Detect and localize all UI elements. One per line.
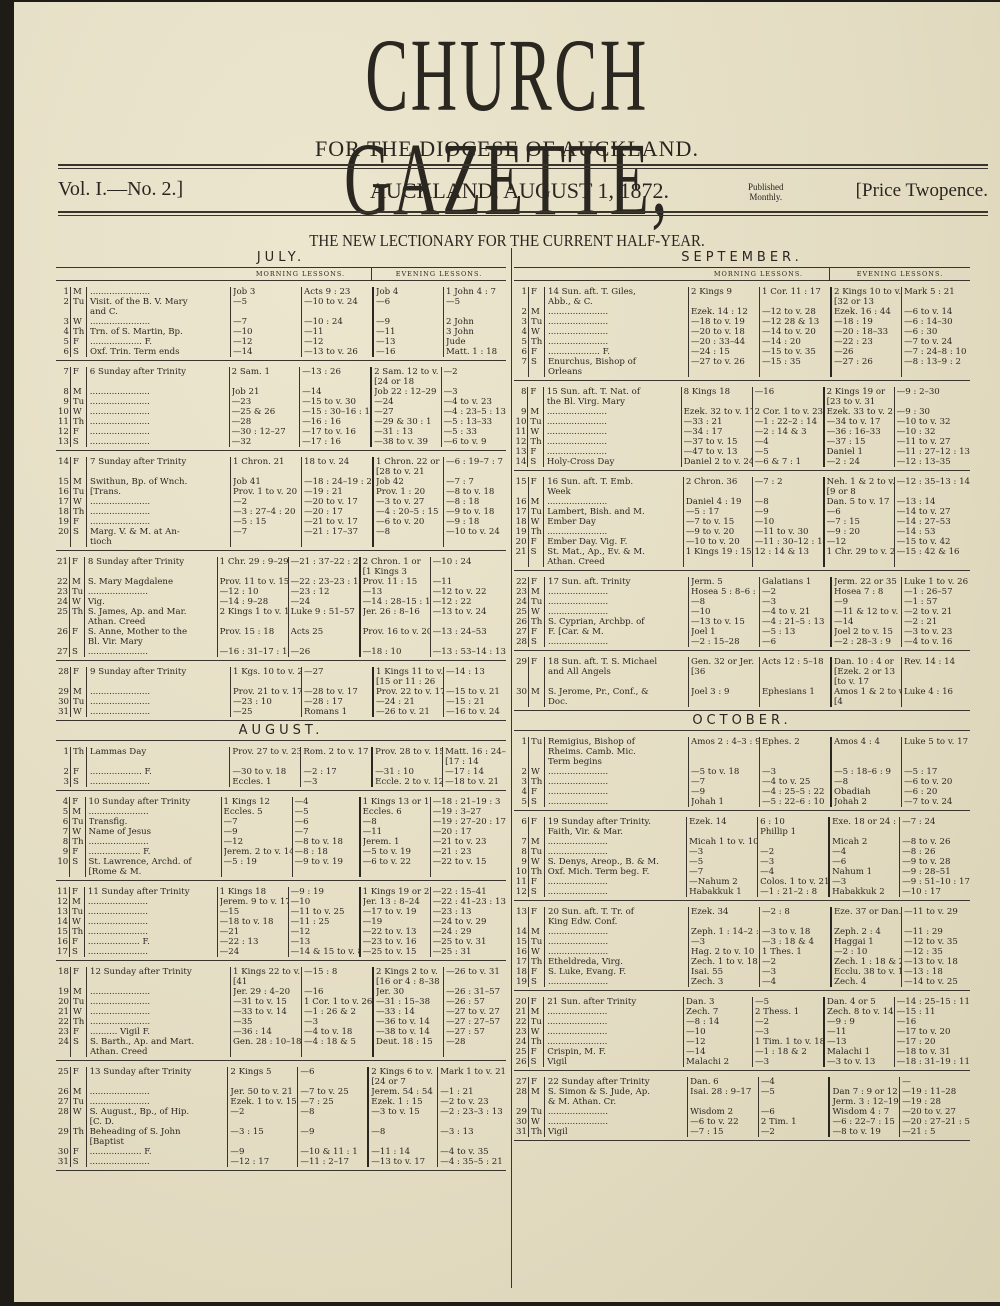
table-row-cell: Transfig. bbox=[89, 817, 219, 827]
masthead-subtitle: FOR THE DIOCESE OF AUCKLAND. bbox=[14, 136, 1000, 162]
table-row-cell: —9 bbox=[300, 1127, 367, 1137]
table-row-cell: F bbox=[531, 347, 544, 357]
table-row-cell: 19 bbox=[514, 977, 527, 987]
table-row-cell: —23 : 12 bbox=[291, 587, 359, 597]
table-row-cell: —4 : 20–5 : 15 bbox=[376, 507, 443, 517]
table-row-cell: 31 bbox=[514, 1127, 527, 1137]
table-row-cell: W bbox=[531, 1117, 544, 1127]
table-row-cell: Luke 9 : 51–57 bbox=[291, 607, 359, 617]
week-block: 123456MTuWThFS......................Visi… bbox=[56, 281, 506, 361]
table-row-cell bbox=[904, 917, 970, 927]
table-row-cell: Jer. 30 bbox=[376, 987, 443, 997]
morning-lesson-2: —27—28 to v. 17—28 : 17Romans 1 bbox=[301, 667, 372, 717]
table-row-cell bbox=[686, 487, 752, 497]
table-row-cell: M bbox=[72, 807, 84, 817]
evening-lesson-2: —7 : 24—8 to v. 26—8 : 26—9 to v. 28—9 :… bbox=[899, 817, 970, 897]
table-row-cell: ...................... bbox=[90, 497, 228, 507]
table-row-cell: Th bbox=[531, 337, 544, 347]
table-row-cell: ...................... bbox=[88, 917, 215, 927]
table-row-cell: Tu bbox=[73, 997, 86, 1007]
table-row-cell: —11 bbox=[304, 327, 372, 337]
table-row-cell: 8 bbox=[514, 847, 527, 857]
table-row-cell: Malachi 1 bbox=[827, 1047, 894, 1057]
table-row-cell: Prov. 11 : 15 bbox=[363, 577, 430, 587]
table-row-cell: S bbox=[531, 977, 544, 987]
table-row-cell: —4 bbox=[832, 847, 899, 857]
table-row-cell bbox=[832, 1077, 899, 1087]
evening-lessons-header: EVENING LESSONS. bbox=[830, 268, 970, 280]
table-row-cell: 10 bbox=[56, 407, 69, 417]
table-row-cell: —13 to v. 15 bbox=[691, 617, 759, 627]
observance: 17 Sun. aft. Trinity....................… bbox=[544, 577, 688, 647]
table-row-cell: Zeph. 2 : 4 bbox=[834, 927, 901, 937]
table-row-cell: —26 to v. 31 bbox=[446, 967, 506, 977]
table-row-cell: W bbox=[531, 607, 544, 617]
table-row-cell bbox=[691, 297, 759, 307]
table-row-cell: —10 : 24 bbox=[433, 557, 506, 567]
table-row-cell: 2 Chron. 1 or bbox=[363, 557, 430, 567]
table-row-cell: —4 to v. 16 bbox=[904, 637, 970, 647]
weekday: FMTuWThFS bbox=[70, 457, 86, 547]
table-row-cell: —28 to v. 17 bbox=[304, 687, 372, 697]
table-row-cell bbox=[220, 637, 288, 647]
table-row-cell: ...................... bbox=[548, 837, 684, 847]
evening-lesson-2: Luke 1 to v. 26—1 : 26–57—1 : 57—2 to v.… bbox=[901, 577, 970, 647]
table-row-cell: 1 Kings 22 to v. bbox=[233, 967, 301, 977]
table-row-cell: 9 Sunday after Trinity bbox=[90, 667, 228, 677]
table-row-cell: —11 bbox=[827, 1027, 894, 1037]
table-row-cell: Th bbox=[73, 417, 86, 427]
table-row-cell: Hag. 2 to v. 10 bbox=[691, 947, 759, 957]
table-row-cell: ...................... bbox=[548, 337, 686, 347]
table-row-cell: M bbox=[531, 687, 544, 697]
table-row-cell bbox=[224, 867, 292, 877]
table-row-cell: —36 : 14 bbox=[233, 1027, 301, 1037]
table-row-cell: 9 bbox=[514, 407, 526, 417]
table-row-cell: 29 bbox=[514, 1107, 527, 1117]
table-row-cell: ...................... bbox=[548, 887, 684, 897]
publication-frequency: Published Monthly. bbox=[748, 182, 784, 202]
table-row-cell bbox=[762, 917, 830, 927]
table-row-cell: 2 Kings 19 or bbox=[827, 387, 894, 397]
table-row-cell: —2 to v. 23 bbox=[440, 1097, 506, 1107]
table-row-cell: —5 bbox=[755, 997, 823, 1007]
table-row-cell bbox=[304, 467, 372, 477]
table-row-cell: 30 bbox=[514, 687, 527, 697]
table-row-cell: —26 bbox=[291, 647, 359, 657]
table-row-cell: —12 : 13–35 bbox=[897, 457, 970, 467]
table-row-cell: Ezek. 14 bbox=[689, 817, 757, 827]
table-row-cell: 30 bbox=[514, 1117, 527, 1127]
table-row-cell: Vig. bbox=[88, 597, 215, 607]
table-row-cell bbox=[303, 757, 371, 767]
table-row-cell: ...................... bbox=[90, 517, 228, 527]
table-row-cell: —14 : 25–15 : 11 bbox=[897, 997, 970, 1007]
table-row-cell: —18 : 31–19 : 11 bbox=[897, 1057, 970, 1067]
table-row-cell bbox=[446, 1047, 506, 1057]
table-row-cell: S. Jerome, Pr., Conf., & bbox=[548, 687, 686, 697]
table-row-cell: Amos 1 & 2 to v. bbox=[834, 687, 901, 697]
table-row-cell: 1 Cor. 1 to v. 26 bbox=[304, 997, 372, 1007]
issue-place-date: AUCKLAND, AUGUST 1, 1872. bbox=[370, 178, 669, 204]
table-row-cell: S. James, Ap. and Mar. bbox=[88, 607, 215, 617]
table-row-cell: 8 Sunday after Trinity bbox=[88, 557, 215, 567]
table-row-cell: —16 bbox=[304, 987, 372, 997]
table-row-cell: —11 bbox=[433, 577, 506, 587]
table-row-cell: Crispin, M. F. bbox=[547, 1047, 681, 1057]
table-row-cell: 20 bbox=[56, 527, 69, 537]
table-row-cell: —5 : 19 bbox=[224, 857, 292, 867]
table-row-cell: 17 bbox=[56, 947, 68, 957]
weekday: MTuWThFS bbox=[70, 287, 86, 357]
table-row-cell: —18 : 24–19 : 21 bbox=[304, 477, 372, 487]
evening-lesson-1: 2 Kings 6 to v. [24 or 7Jerem. 54 : 54Ez… bbox=[367, 1067, 437, 1167]
table-row-cell: 1 John 4 : 7 bbox=[446, 287, 506, 297]
table-row-cell: Isai. 55 bbox=[691, 967, 759, 977]
table-row-cell: —7 bbox=[233, 527, 301, 537]
table-row-cell: —7 : 15 bbox=[827, 517, 894, 527]
table-row-cell: 1 Kings 19 or 21 bbox=[363, 887, 430, 897]
table-row-cell: W bbox=[72, 917, 84, 927]
table-row-cell: Tu bbox=[530, 417, 542, 427]
table-row-cell: Eccles. 6 bbox=[363, 807, 430, 817]
table-row-cell: —34 to v. 17 bbox=[827, 417, 894, 427]
table-row-cell bbox=[300, 1117, 367, 1127]
table-row-cell: Beheading of S. John bbox=[90, 1127, 226, 1137]
table-row-cell: Marg. V. & M. at An- bbox=[90, 527, 228, 537]
table-row-cell: Athan. Creed bbox=[90, 1047, 228, 1057]
table-row-cell: —21 : 5 bbox=[902, 1127, 970, 1137]
morning-lesson-1: 1 Kgs. 10 to v. 25Prov. 21 to v. 17—23 :… bbox=[230, 667, 301, 717]
day-number: 11121314151617 bbox=[56, 887, 69, 957]
table-row-cell: Dan 7 : 9 or 12 bbox=[832, 1087, 899, 1097]
evening-lesson-1: 2 Kings 2 to v. [16 or 4 : 8–38Jer. 30—3… bbox=[372, 967, 443, 1057]
table-row-cell: 2 Kings 1 to v. 16 bbox=[220, 607, 288, 617]
table-row-cell: —10 bbox=[691, 607, 759, 617]
table-row-cell: —37 to v. 15 bbox=[684, 437, 752, 447]
table-row-cell: —31 : 10 bbox=[375, 767, 442, 777]
table-row-cell: —5 bbox=[295, 807, 359, 817]
table-row-cell: —3 bbox=[762, 967, 830, 977]
table-row-cell: Ember Day. Vig. F. bbox=[547, 537, 681, 547]
morning-lesson-2: —52 Thess. 1—2—31 Tim. 1 to v. 18—1 : 18… bbox=[752, 997, 823, 1067]
table-row-cell: —2 : 10 bbox=[834, 947, 901, 957]
observance: 14 Sun. aft. T. Giles, Abb., & C........… bbox=[544, 287, 688, 377]
table-row-cell: —16 bbox=[755, 387, 823, 397]
table-row-cell bbox=[514, 487, 527, 497]
table-row-cell: —30 to v. 18 bbox=[232, 767, 300, 777]
table-row-cell: —25 to v. 31 bbox=[433, 937, 506, 947]
table-row-cell bbox=[904, 677, 970, 687]
weekday: FMTuWThFS bbox=[69, 797, 84, 877]
table-row-cell: 27 bbox=[56, 1097, 69, 1107]
table-row-cell: —15 : 21 bbox=[446, 697, 506, 707]
table-row-cell: —13 bbox=[376, 337, 443, 347]
table-row-cell: 15 bbox=[56, 927, 68, 937]
table-row-cell: —15 : 35 bbox=[762, 357, 830, 367]
table-row-cell: ...................... bbox=[548, 1117, 685, 1127]
morning-lesson-1: 2 Kings 5Jer. 50 to v. 21Ezek. 1 to v. 1… bbox=[227, 1067, 297, 1167]
table-row-cell: S bbox=[531, 357, 544, 367]
table-row-cell: 1 Kings 12 bbox=[224, 797, 292, 807]
table-row-cell: 5 bbox=[56, 337, 69, 347]
table-row-cell bbox=[371, 1137, 437, 1147]
table-row-cell: Job 3 bbox=[233, 287, 301, 297]
table-row-cell: —14 : 9–28 bbox=[220, 597, 288, 607]
evening-lesson-2: —6 : 19–7 : 7—7 : 7—8 to v. 18—8 : 18—9 … bbox=[443, 457, 506, 547]
morning-lesson-1: 8 Kings 18Ezek. 32 to v. 17—33 : 21—34 :… bbox=[681, 387, 752, 467]
table-row-cell: —13 : 24–53 bbox=[433, 627, 506, 637]
table-row-cell bbox=[295, 867, 359, 877]
table-row-cell bbox=[433, 617, 506, 627]
table-row-cell: —20 : 17 bbox=[433, 827, 506, 837]
table-row-cell: S bbox=[531, 1057, 544, 1067]
table-row-cell bbox=[904, 297, 970, 307]
table-row-cell: Jer. 13 : 8–24 bbox=[363, 897, 430, 907]
issue-price: [Price Twopence. bbox=[856, 180, 988, 202]
morning-lesson-2: 6 : 10Phillip 1—2—3—4Colos. 1 to v. 21—1… bbox=[757, 817, 828, 897]
table-row-cell: —10 : 32 bbox=[897, 427, 970, 437]
table-row-cell: —6 to v. 22 bbox=[363, 857, 430, 867]
table-row-cell: M bbox=[72, 897, 84, 907]
table-row-cell: 2 Kings 6 to v. bbox=[371, 1067, 437, 1077]
table-row-cell: —7 : 24–8 : 10 bbox=[904, 347, 970, 357]
table-row-cell: 1 Tim. 1 to v. 18 bbox=[755, 1037, 823, 1047]
observance: 10 Sunday after Trinity.................… bbox=[85, 797, 221, 877]
table-row-cell: Job 41 bbox=[233, 477, 301, 487]
table-row-cell: Th bbox=[72, 927, 84, 937]
table-row-cell: —17 : 20 bbox=[897, 1037, 970, 1047]
table-row-cell bbox=[73, 1047, 86, 1057]
table-row-cell: Swithun, Bp. of Wnch. bbox=[90, 477, 228, 487]
table-row-cell: —2 : 8 bbox=[762, 907, 830, 917]
table-row-cell: —11 : 25 bbox=[291, 917, 359, 927]
table-row-cell: —25 to v. 15 bbox=[363, 947, 430, 957]
table-row-cell bbox=[514, 827, 527, 837]
table-row-cell: [Trans. bbox=[90, 487, 228, 497]
table-row-cell: ...................... bbox=[547, 427, 679, 437]
table-row-cell: Habakkuk 1 bbox=[689, 887, 757, 897]
table-row-cell: —38 to v. 14 bbox=[376, 1027, 443, 1037]
table-row-cell: F bbox=[531, 577, 544, 587]
table-row-cell: and All Angels bbox=[548, 667, 686, 677]
table-row-cell: 2 bbox=[56, 767, 69, 777]
table-row-cell: 2 Kings 2 to v. bbox=[376, 967, 443, 977]
table-row-cell: Dan. 10 : 4 or bbox=[834, 657, 901, 667]
table-row-cell: —9 bbox=[376, 317, 443, 327]
table-row-cell: 17 bbox=[56, 497, 69, 507]
table-row-cell: —7 to v. 25 bbox=[300, 1087, 367, 1097]
table-row-cell: —10 & 11 : 1 bbox=[300, 1147, 367, 1157]
observance: 20 Sun. aft. T. Tr. of King Edw. Conf...… bbox=[544, 907, 688, 987]
table-row-cell bbox=[904, 757, 970, 767]
table-row-cell: Jerem. 1 bbox=[363, 837, 430, 847]
table-row-cell: 10 bbox=[514, 417, 526, 427]
table-row-cell: Daniel 1 bbox=[827, 447, 894, 457]
table-row-cell bbox=[232, 757, 300, 767]
table-row-cell bbox=[291, 637, 359, 647]
table-row-cell: S bbox=[531, 797, 544, 807]
table-row-cell: Ember Day bbox=[547, 517, 681, 527]
table-row-cell: —4 to v. 21 bbox=[762, 607, 830, 617]
table-row-cell: —3 to v. 18 bbox=[762, 927, 830, 937]
table-row-cell: [24 or 18 bbox=[374, 377, 440, 387]
week-block: 1234567FMTuWThFS14 Sun. aft. T. Giles, A… bbox=[514, 281, 970, 381]
table-row-cell: ...................... bbox=[547, 437, 679, 447]
table-row-cell: Acts 25 bbox=[291, 627, 359, 637]
table-row-cell: Haggai 1 bbox=[834, 937, 901, 947]
table-row-cell: 1 Kgs. 10 to v. 25 bbox=[233, 667, 301, 677]
table-row-cell: —9 to v. 28 bbox=[902, 857, 970, 867]
table-row-cell: ...................... bbox=[548, 1107, 685, 1117]
table-row-cell: —6 to v. 20 bbox=[904, 777, 970, 787]
table-row-cell: Eccles. 5 bbox=[224, 807, 292, 817]
table-row-cell: S bbox=[530, 457, 542, 467]
table-row-cell: 21 Sun. after Trinity bbox=[547, 997, 681, 1007]
table-row-cell: Th bbox=[531, 957, 544, 967]
table-row-cell: ...................... bbox=[90, 387, 227, 397]
table-row-cell: —3 to v. 15 bbox=[371, 1107, 437, 1117]
table-row-cell: 2 bbox=[514, 767, 527, 777]
table-row-cell: —2 bbox=[230, 1107, 297, 1117]
table-row-cell: —9 to v. 18 bbox=[446, 507, 506, 517]
table-row-cell: —3 to v. 23 bbox=[904, 627, 970, 637]
table-row-cell: Job 4 bbox=[376, 287, 443, 297]
table-row-cell: ...................... bbox=[90, 777, 228, 787]
table-row-cell: 6 bbox=[514, 347, 527, 357]
day-number: 2930 bbox=[514, 657, 528, 707]
table-row-cell: ...................... bbox=[548, 847, 684, 857]
table-row-cell bbox=[73, 307, 86, 317]
table-row-cell: —14 : 20 bbox=[762, 337, 830, 347]
table-row-cell: ...................... bbox=[548, 607, 686, 617]
table-row-cell: ...................... bbox=[548, 797, 686, 807]
evening-lesson-1: 2 Sam. 12 to v. [24 or 18Job 22 : 12–29—… bbox=[370, 367, 440, 447]
table-row-cell: F bbox=[73, 1147, 86, 1157]
table-row-cell: —13 : 18 bbox=[904, 967, 970, 977]
table-row-cell: ................... F. bbox=[548, 347, 686, 357]
table-row-cell: Micah 2 bbox=[832, 837, 899, 847]
table-row-cell: M bbox=[73, 387, 86, 397]
table-row-cell: Tu bbox=[531, 937, 544, 947]
table-row-cell: 6 bbox=[514, 817, 527, 827]
table-row-cell: —15 to v. 21 bbox=[446, 687, 506, 697]
table-row-cell: —5 bbox=[446, 297, 506, 307]
table-row-cell bbox=[291, 567, 359, 577]
table-row-cell: ...................... bbox=[90, 707, 228, 717]
table-row-cell: [16 or 4 : 8–38 bbox=[376, 977, 443, 987]
week-block: 18192021222324FMTuWThFS12 Sunday after T… bbox=[56, 961, 506, 1061]
table-row-cell: 1 Kings 13 or 17 bbox=[363, 797, 430, 807]
table-row-cell bbox=[691, 367, 759, 377]
morning-lesson-2: —7 : 2—8—9—10—11 to v. 30—11 : 30–12 : 1… bbox=[752, 477, 823, 567]
table-row-cell: —33 to v. 14 bbox=[233, 1007, 301, 1017]
table-row-cell: —13 to v. 26 bbox=[304, 347, 372, 357]
table-row-cell: Johah 1 bbox=[691, 797, 759, 807]
table-row-cell bbox=[90, 977, 228, 987]
table-row-cell: W bbox=[73, 407, 86, 417]
morning-lesson-1: Ezek. 14Micah 1 to v. 10—3—5—7—Nahum 2Ha… bbox=[686, 817, 757, 897]
morning-lesson-2: —162 Cor. 1 to v. 23—1 : 22–2 : 14—2 : 1… bbox=[752, 387, 823, 467]
table-row-cell: ...................... bbox=[547, 497, 681, 507]
table-row-cell: ...................... bbox=[90, 687, 228, 697]
table-row-cell: ...................... bbox=[548, 877, 684, 887]
evening-lesson-1: 2 Kings 19 or [23 to v. 31Ezek. 33 to v.… bbox=[823, 387, 894, 467]
weekday: FMTuWThFS bbox=[528, 907, 544, 987]
observance: 8 Sunday after TrinityS. Mary Magdalene.… bbox=[84, 557, 217, 657]
table-row-cell: ...................... bbox=[90, 1087, 226, 1097]
table-row-cell bbox=[531, 297, 544, 307]
month-title-july: JULY. bbox=[56, 248, 506, 268]
table-row-cell: ...................... bbox=[548, 927, 686, 937]
table-row-cell bbox=[56, 637, 68, 647]
table-row-cell: 7 bbox=[56, 827, 68, 837]
table-row-cell: Prov. 15 : 18 bbox=[220, 627, 288, 637]
table-row-cell: 1 Cor. 11 : 17 bbox=[762, 287, 830, 297]
table-row-cell: 23 bbox=[56, 1027, 69, 1037]
evening-lesson-2: Rev. 14 : 14Luke 4 : 16 bbox=[901, 657, 970, 707]
table-row-cell: 13 bbox=[56, 437, 69, 447]
table-row-cell: Tu bbox=[531, 507, 544, 517]
morning-lesson-1: 1 Kings 22 to v. [41Jer. 29 : 4–20—31 to… bbox=[230, 967, 301, 1057]
table-row-cell: 25 bbox=[56, 607, 68, 617]
table-row-cell: M bbox=[73, 687, 86, 697]
table-row-cell: —16 bbox=[897, 1017, 970, 1027]
table-row-cell: —14 : 13 bbox=[446, 667, 506, 677]
table-row-cell: Th bbox=[531, 1127, 544, 1137]
table-row-cell: —14 & 15 to v. 8 bbox=[291, 947, 359, 957]
table-row-cell: —21 bbox=[220, 927, 288, 937]
table-row-cell: —7 bbox=[224, 817, 292, 827]
table-row-cell: —9 bbox=[691, 787, 759, 797]
table-row-cell: —3 bbox=[755, 1057, 823, 1067]
day-number: 45678910 bbox=[56, 797, 69, 877]
table-row-cell: Nahum 1 bbox=[832, 867, 899, 877]
table-row-cell: Daniel 2 to v. 24 bbox=[684, 457, 752, 467]
table-row-cell bbox=[514, 397, 526, 407]
evening-lessons-header: EVENING LESSONS. bbox=[372, 268, 506, 280]
table-row-cell: —1 : 21–2 : 8 bbox=[760, 887, 828, 897]
evening-lesson-2: 1 John 4 : 7—52 John3 JohnJudeMatt. 1 : … bbox=[443, 287, 506, 357]
table-row-cell: 1 bbox=[56, 747, 69, 757]
table-row-cell: —9 : 18 bbox=[446, 517, 506, 527]
table-row-cell: —20 : 18–33 bbox=[834, 327, 901, 337]
table-row-cell bbox=[755, 487, 823, 497]
table-row-cell: —5 : 13–33 bbox=[444, 417, 506, 427]
table-row-cell: 18 bbox=[514, 967, 527, 977]
table-row-cell: —26 bbox=[834, 347, 901, 357]
table-row-cell: —31 : 13 bbox=[374, 427, 440, 437]
table-row-cell: —9 bbox=[224, 827, 292, 837]
table-row-cell: 14 Sun. aft. T. Giles, bbox=[548, 287, 686, 297]
table-row-cell: 8 bbox=[514, 387, 526, 397]
table-row-cell: —16 bbox=[376, 347, 443, 357]
table-row-cell: [Baptist bbox=[90, 1137, 226, 1147]
week-block: 12345TuWThFSRemigius, Bishop of Rheims. … bbox=[514, 731, 970, 811]
table-row-cell bbox=[73, 377, 86, 387]
table-row-cell: Tu bbox=[72, 817, 84, 827]
weekday: FMTuWThFS bbox=[70, 1067, 86, 1167]
table-row-cell: —4 bbox=[295, 797, 359, 807]
table-row-cell: Acts 9 : 23 bbox=[304, 287, 372, 297]
table-row-cell: 1 Chron. 21 bbox=[233, 457, 301, 467]
table-row-cell bbox=[230, 1117, 297, 1127]
table-row-cell: 12 bbox=[514, 887, 527, 897]
table-row-cell: S. Cyprian, Archbp. of bbox=[548, 617, 686, 627]
table-row-cell: —10 to v. 24 bbox=[304, 297, 372, 307]
weekday: FMTuWThFS bbox=[70, 367, 86, 447]
table-row-cell: 9 bbox=[56, 847, 68, 857]
